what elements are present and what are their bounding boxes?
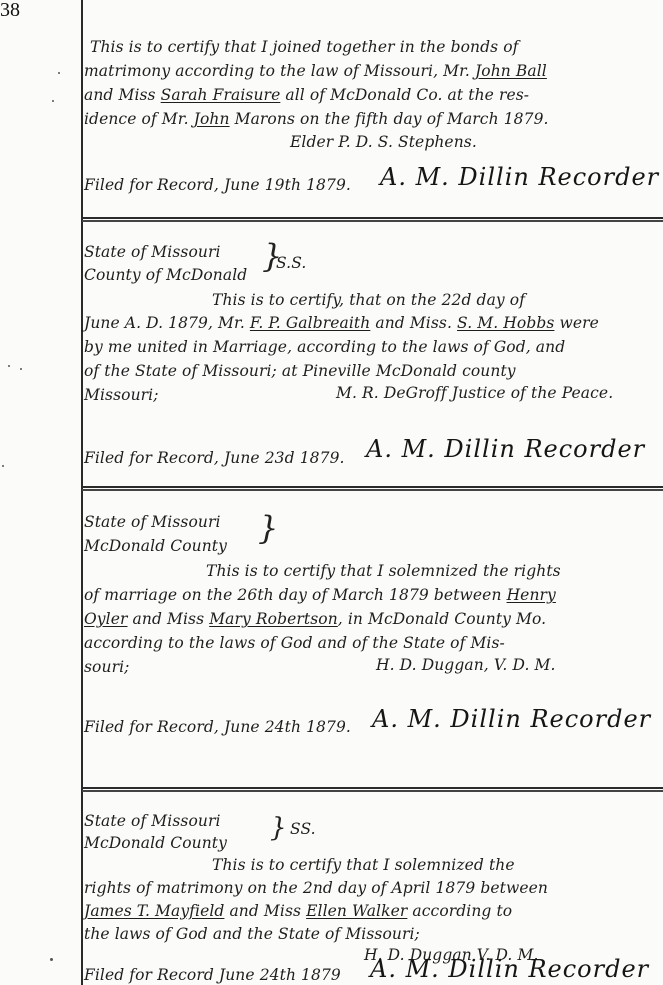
entry-text-line: of the State of Missouri; at Pineville M… [84, 362, 516, 381]
entry-divider [82, 217, 663, 221]
filed-for-record: Filed for Record June 24th 1879 [84, 966, 341, 985]
entry-text-line: Oyler and Miss Mary Robertson, in McDona… [84, 610, 546, 629]
entry-divider [82, 486, 663, 490]
venue-county: County of McDonald [84, 266, 247, 285]
recorder-signature: A. M. Dillin Recorder [380, 168, 659, 187]
venue-brace: } [258, 512, 278, 544]
recorder-signature: A. M. Dillin Recorder [370, 960, 649, 979]
recorder-signature: A. M. Dillin Recorder [372, 710, 651, 729]
venue-county: McDonald County [84, 834, 227, 853]
venue-ss: S.S. [276, 254, 306, 273]
venue-county: McDonald County [84, 537, 227, 556]
venue-state: State of Missouri [84, 243, 221, 262]
venue-state: State of Missouri [84, 513, 221, 532]
entry-text-line: of marriage on the 26th day of March 187… [84, 586, 556, 605]
entry-divider [82, 787, 663, 791]
paper-speck [58, 72, 60, 74]
entry-text-line: by me united in Marriage, according to t… [84, 338, 565, 357]
entry-text-line: matrimony according to the law of Missou… [84, 62, 547, 81]
entry-text-line: souri; [84, 658, 129, 677]
filed-for-record: Filed for Record, June 19th 1879. [84, 176, 351, 195]
venue-state: State of Missouri [84, 812, 221, 831]
filed-for-record: Filed for Record, June 23d 1879. [84, 449, 345, 468]
venue-brace: } [270, 812, 287, 844]
entry-text-line: This is to certify, that on the 22d day … [212, 291, 525, 310]
paper-speck [20, 368, 22, 370]
margin-rule [81, 0, 83, 985]
entry-text-line: This is to certify that I joined togethe… [90, 38, 518, 57]
entry-text-line: This is to certify that I solemnized the… [206, 562, 561, 581]
filed-for-record: Filed for Record, June 24th 1879. [84, 718, 351, 737]
entry-text-line: Missouri; [84, 386, 159, 405]
officiant-signature: M. R. DeGroff Justice of the Peace. [336, 384, 613, 403]
entry-text-line: and Miss Sarah Fraisure all of McDonald … [84, 86, 529, 105]
entry-text-line: James T. Mayfield and Miss Ellen Walker … [84, 902, 512, 921]
entry-text-line: June A. D. 1879, Mr. F. P. Galbreaith an… [84, 314, 599, 333]
entry-text-line: the laws of God and the State of Missour… [84, 925, 420, 944]
officiant-signature: Elder P. D. S. Stephens. [290, 133, 477, 152]
entry-text-line: according to the laws of God and of the … [84, 634, 505, 653]
paper-speck [50, 958, 53, 961]
recorder-signature: A. M. Dillin Recorder [366, 440, 645, 459]
entry-text-line: This is to certify that I solemnized the [212, 856, 515, 875]
entry-text-line: rights of matrimony on the 2nd day of Ap… [84, 879, 548, 898]
paper-speck [8, 365, 10, 367]
officiant-signature: H. D. Duggan, V. D. M. [376, 656, 556, 675]
paper-speck [2, 465, 4, 467]
entry-text-line: idence of Mr. John Marons on the fifth d… [84, 110, 549, 129]
venue-ss: SS. [290, 820, 316, 839]
page-number: 38 [0, 0, 20, 20]
paper-speck [52, 100, 54, 102]
